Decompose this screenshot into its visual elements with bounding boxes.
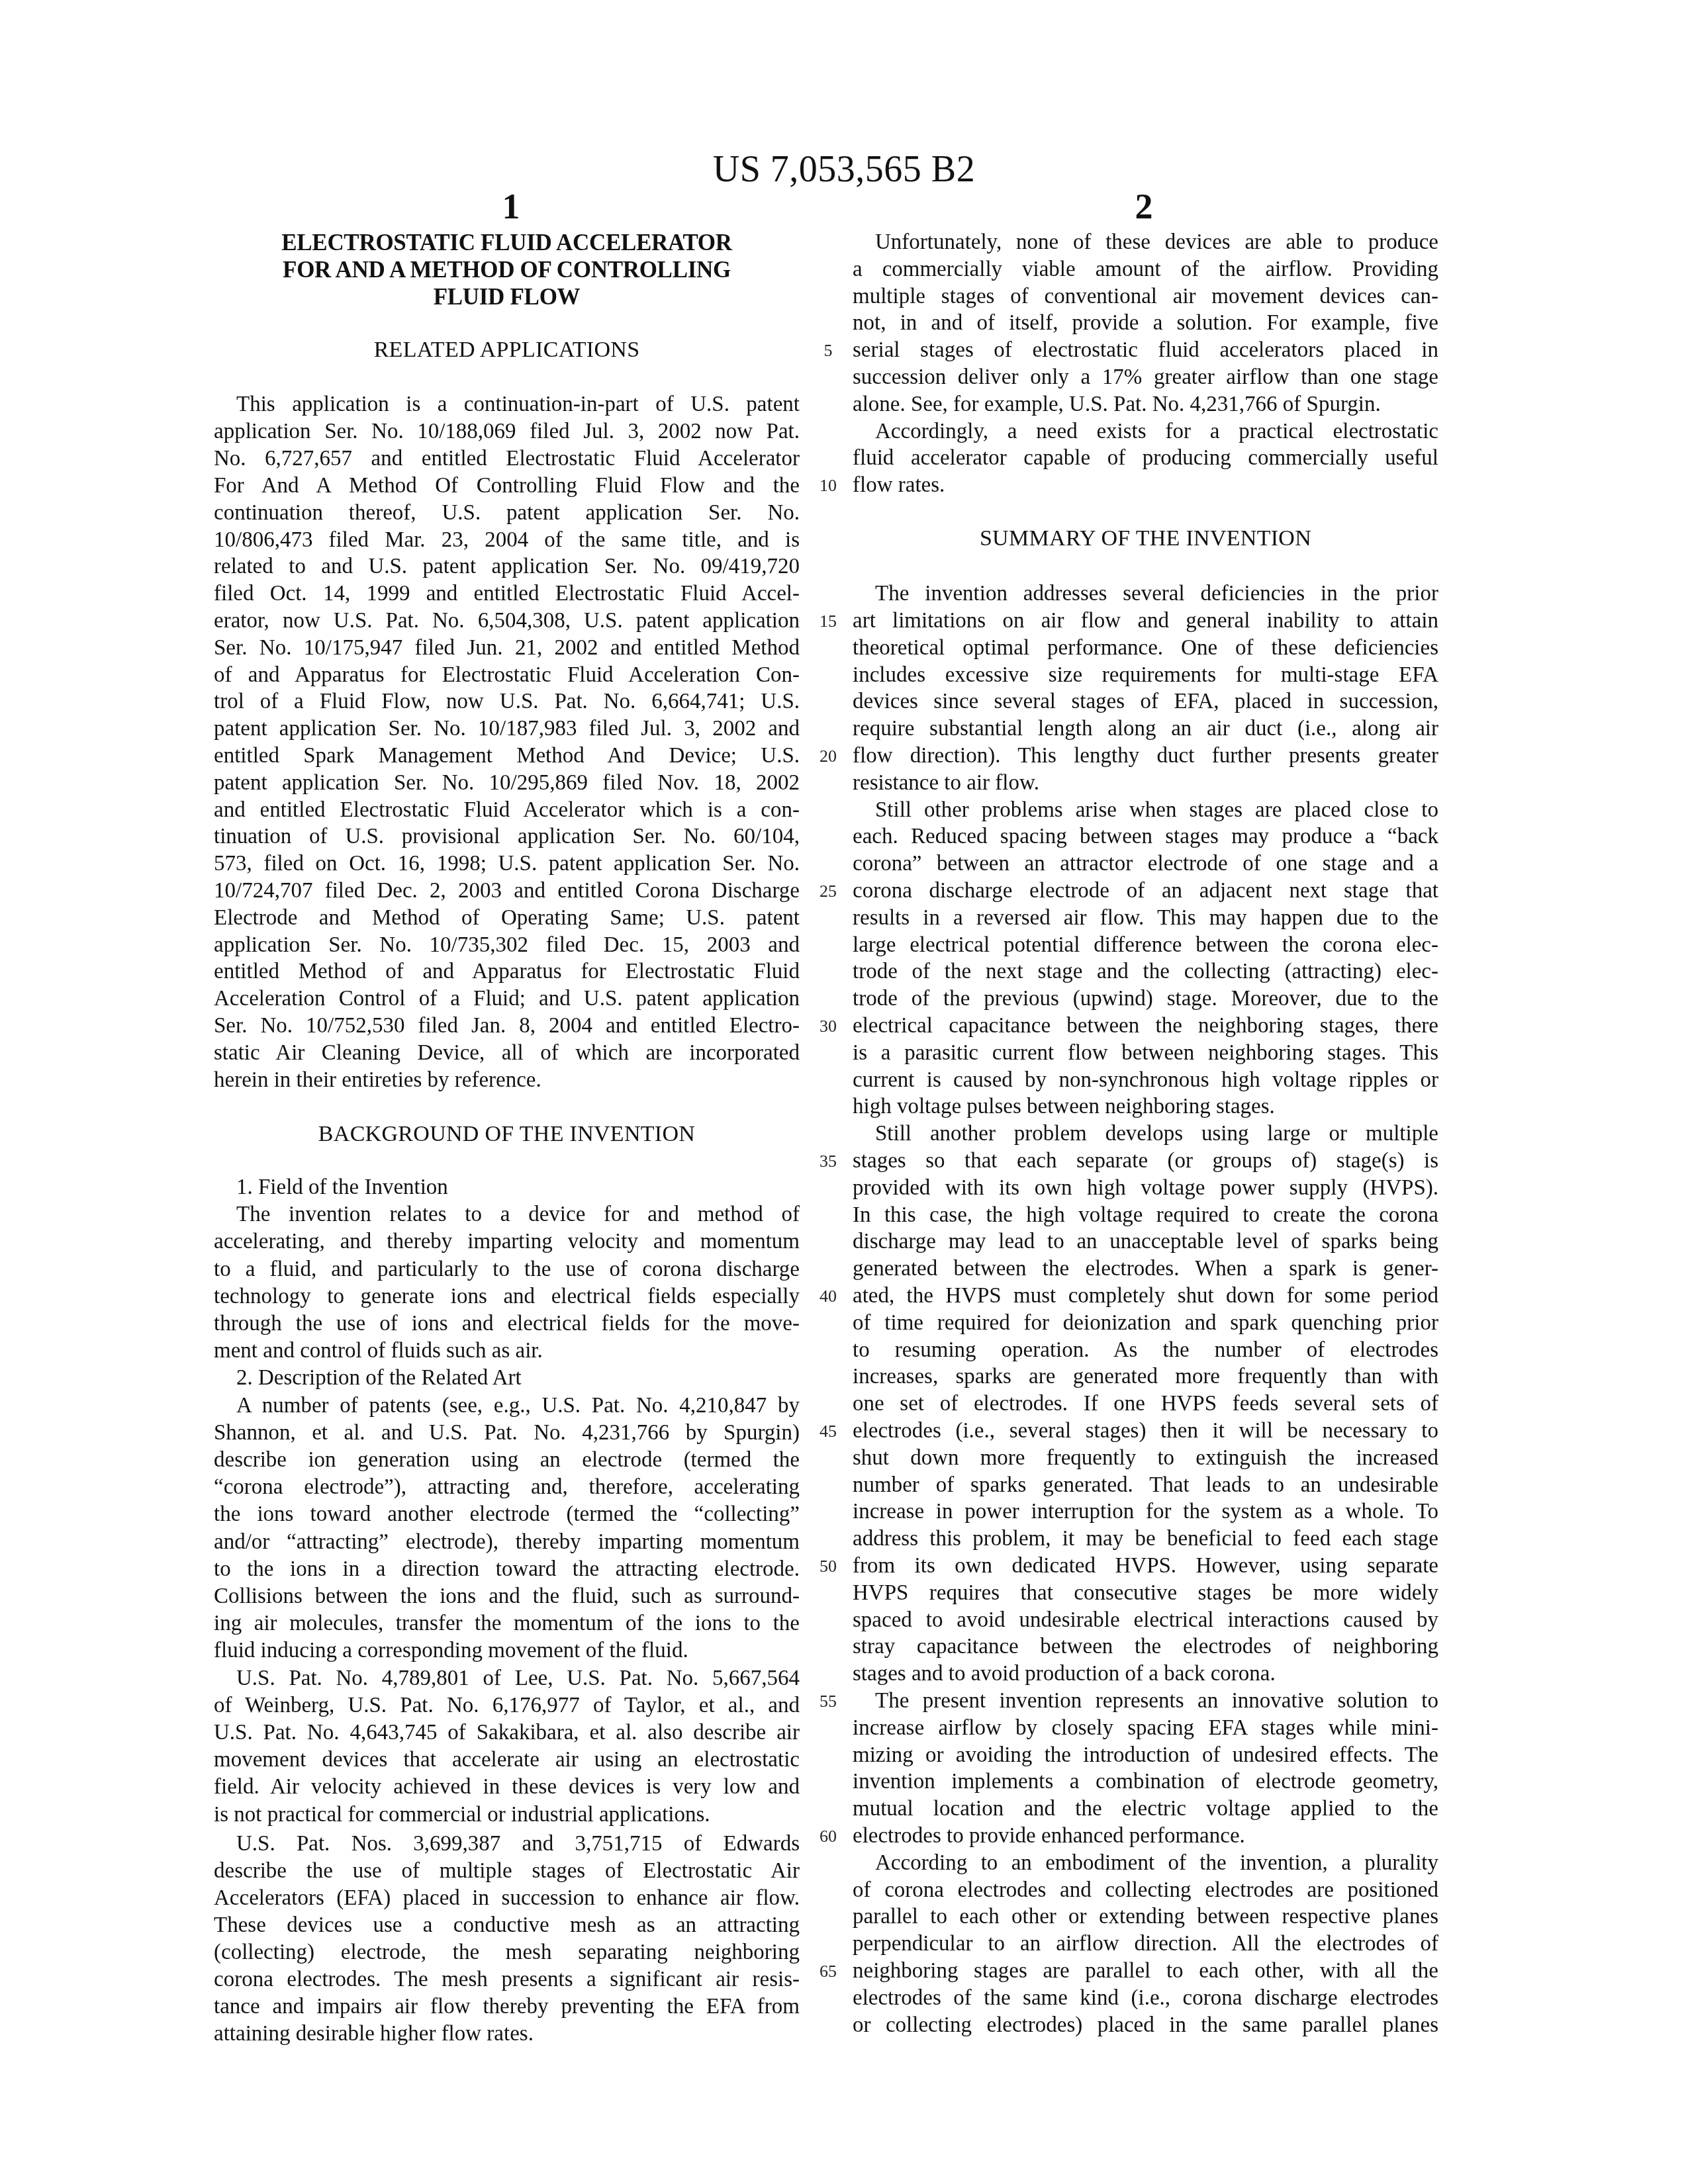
text-line: flow rates.	[853, 472, 1438, 499]
patent-page: US 7,053,565 B2 1 2 ELECTROSTATIC FLUID …	[0, 0, 1688, 2184]
text-line: fluid accelerator capable of producing c…	[853, 445, 1438, 472]
text-line: 573, filed on Oct. 16, 1998; U.S. patent…	[214, 850, 800, 878]
text-line: patent application Ser. No. 10/295,869 f…	[214, 770, 800, 797]
text-line: succession deliver only a 17% greater ai…	[853, 364, 1438, 391]
text-line: number of sparks generated. That leads t…	[853, 1472, 1438, 1499]
text-line: is not practical for commercial or indus…	[214, 1801, 800, 1829]
line-number: 20	[812, 743, 845, 770]
text-line: corona” between an attractor electrode o…	[853, 850, 1438, 878]
subheading-field: 1. Field of the Invention	[214, 1174, 800, 1201]
text-line: For And A Method Of Controlling Fluid Fl…	[214, 473, 800, 500]
text-line: results in a reversed air flow. This may…	[853, 905, 1438, 932]
text-line: or collecting electrodes) placed in the …	[853, 2012, 1438, 2039]
line-number: 60	[812, 1823, 845, 1850]
patent-number: US 7,053,565 B2	[0, 150, 1688, 189]
text-line: increase in power interruption for the s…	[853, 1498, 1438, 1525]
line-number: 15	[812, 608, 845, 635]
text-line: corona discharge electrode of an adjacen…	[853, 878, 1438, 905]
text-line: Collisions between the ions and the flui…	[214, 1583, 800, 1610]
text-line: art limitations on air flow and general …	[853, 608, 1438, 635]
text-line: Shannon, et al. and U.S. Pat. No. 4,231,…	[214, 1420, 800, 1447]
text-line: and/or “attracting” electrode), thereby …	[214, 1529, 800, 1556]
text-line: Accordingly, a need exists for a practic…	[853, 418, 1438, 445]
text-line: ated, the HVPS must completely shut down…	[853, 1283, 1438, 1310]
text-line: The present invention represents an inno…	[853, 1688, 1438, 1715]
text-line: U.S. Pat. No. 4,643,745 of Sakakibara, e…	[214, 1719, 800, 1747]
text-line: 10/724,707 filed Dec. 2, 2003 and entitl…	[214, 878, 800, 905]
line-number: 50	[812, 1553, 845, 1580]
text-line: related to and U.S. patent application S…	[214, 553, 800, 580]
text-line: increases, sparks are generated more fre…	[853, 1363, 1438, 1390]
heading-related-applications: RELATED APPLICATIONS	[214, 336, 800, 363]
text-line: stray capacitance between the electrodes…	[853, 1633, 1438, 1661]
text-line: spaced to avoid undesirable electrical i…	[853, 1607, 1438, 1634]
text-line: herein in their entireties by reference.	[214, 1067, 800, 1094]
text-line: mizing or avoiding the introduction of u…	[853, 1742, 1438, 1769]
text-line: Acceleration Control of a Fluid; and U.S…	[214, 985, 800, 1013]
text-line: each. Reduced spacing between stages may…	[853, 823, 1438, 850]
text-line: neighboring stages are parallel to each …	[853, 1958, 1438, 1985]
text-line: movement devices that accelerate air usi…	[214, 1747, 800, 1774]
text-line: increase airflow by closely spacing EFA …	[853, 1715, 1438, 1742]
text-line: through the use of ions and electrical f…	[214, 1310, 800, 1338]
text-line: resistance to air flow.	[853, 770, 1438, 797]
text-line: erator, now U.S. Pat. No. 6,504,308, U.S…	[214, 608, 800, 635]
text-line: Still other problems arise when stages a…	[853, 797, 1438, 824]
text-line: of and Apparatus for Electrostatic Fluid…	[214, 662, 800, 689]
text-line: electrical capacitance between the neigh…	[853, 1013, 1438, 1040]
text-line: of time required for deionization and sp…	[853, 1310, 1438, 1337]
text-line: tinuation of U.S. provisional applicatio…	[214, 823, 800, 850]
text-line: address this problem, it may be benefici…	[853, 1525, 1438, 1553]
text-line: alone. See, for example, U.S. Pat. No. 4…	[853, 391, 1438, 418]
text-line: field. Air velocity achieved in these de…	[214, 1774, 800, 1801]
text-line: U.S. Pat. No. 4,789,801 of Lee, U.S. Pat…	[214, 1665, 800, 1692]
title-line: FLUID FLOW	[214, 283, 800, 310]
text-line: corona electrodes. The mesh presents a s…	[214, 1966, 800, 1993]
line-number: 10	[812, 472, 845, 499]
column-number-left: 1	[471, 188, 551, 225]
text-line: to the ions in a direction toward the at…	[214, 1556, 800, 1583]
text-line: attaining desirable higher flow rates.	[214, 2021, 800, 2048]
line-number: 35	[812, 1148, 845, 1175]
text-line: Ser. No. 10/752,530 filed Jan. 8, 2004 a…	[214, 1013, 800, 1040]
text-line: Accelerators (EFA) placed in succession …	[214, 1885, 800, 1912]
text-line: According to an embodiment of the invent…	[853, 1850, 1438, 1877]
text-line: This application is a continuation-in-pa…	[214, 391, 800, 418]
text-line: static Air Cleaning Device, all of which…	[214, 1040, 800, 1067]
text-line: No. 6,727,657 and entitled Electrostatic…	[214, 445, 800, 473]
text-line: a commercially viable amount of the airf…	[853, 256, 1438, 283]
text-line: flow direction). This lengthy duct furth…	[853, 743, 1438, 770]
text-line: mutual location and the electric voltage…	[853, 1796, 1438, 1823]
text-line: fluid inducing a corresponding movement …	[214, 1637, 800, 1664]
text-line: not, in and of itself, provide a solutio…	[853, 310, 1438, 337]
text-line: These devices use a conductive mesh as a…	[214, 1912, 800, 1939]
text-line: HVPS requires that consecutive stages be…	[853, 1580, 1438, 1607]
text-line: perpendicular to an airflow direction. A…	[853, 1931, 1438, 1958]
text-line: 10/806,473 filed Mar. 23, 2004 of the sa…	[214, 527, 800, 554]
line-number: 25	[812, 878, 845, 905]
text-line: The invention relates to a device for an…	[214, 1201, 800, 1228]
text-line: includes excessive size requirements for…	[853, 662, 1438, 689]
text-line: application Ser. No. 10/735,302 filed De…	[214, 932, 800, 959]
text-line: trode of the next stage and the collecti…	[853, 958, 1438, 985]
line-number: 45	[812, 1418, 845, 1445]
line-number: 40	[812, 1283, 845, 1310]
text-line: generated between the electrodes. When a…	[853, 1255, 1438, 1283]
text-line: require substantial length along an air …	[853, 715, 1438, 743]
text-line: electrodes of the same kind (i.e., coron…	[853, 1985, 1438, 2012]
text-line: theoretical optimal performance. One of …	[853, 635, 1438, 662]
line-number: 65	[812, 1958, 845, 1985]
text-line: filed Oct. 14, 1999 and entitled Electro…	[214, 580, 800, 608]
text-line: (collecting) electrode, the mesh separat…	[214, 1939, 800, 1966]
subheading-related-art: 2. Description of the Related Art	[214, 1365, 800, 1392]
column-number-right: 2	[1104, 188, 1184, 225]
text-line: to a fluid, and particularly to the use …	[214, 1256, 800, 1283]
line-number: 5	[812, 337, 845, 364]
text-line: describe ion generation using an electro…	[214, 1447, 800, 1474]
text-line: ment and control of fluids such as air.	[214, 1338, 800, 1365]
title-line: ELECTROSTATIC FLUID ACCELERATOR	[214, 229, 800, 256]
text-line: serial stages of electrostatic fluid acc…	[853, 337, 1438, 364]
text-line: technology to generate ions and electric…	[214, 1283, 800, 1310]
text-line: to resuming operation. As the number of …	[853, 1337, 1438, 1364]
text-line: shut down more frequently to extinguish …	[853, 1445, 1438, 1472]
text-line: of Weinberg, U.S. Pat. No. 6,176,977 of …	[214, 1692, 800, 1719]
heading-background: BACKGROUND OF THE INVENTION	[214, 1120, 800, 1148]
line-number: 55	[812, 1688, 845, 1715]
text-line: entitled Method of and Apparatus for Ele…	[214, 958, 800, 985]
text-line: application Ser. No. 10/188,069 filed Ju…	[214, 418, 800, 445]
text-line: In this case, the high voltage required …	[853, 1202, 1438, 1229]
text-line: discharge may lead to an unacceptable le…	[853, 1228, 1438, 1255]
line-number: 30	[812, 1013, 845, 1040]
text-line: invention implements a combination of el…	[853, 1768, 1438, 1796]
text-line: trode of the previous (upwind) stage. Mo…	[853, 985, 1438, 1013]
text-line: “corona electrode”), attracting and, the…	[214, 1474, 800, 1501]
text-line: high voltage pulses between neighboring …	[853, 1093, 1438, 1120]
text-line: the ions toward another electrode (terme…	[214, 1501, 800, 1528]
text-line: one set of electrodes. If one HVPS feeds…	[853, 1390, 1438, 1418]
text-line: describe the use of multiple stages of E…	[214, 1858, 800, 1885]
text-line: A number of patents (see, e.g., U.S. Pat…	[214, 1392, 800, 1420]
text-line: electrodes (i.e., several stages) then i…	[853, 1418, 1438, 1445]
text-line: continuation thereof, U.S. patent applic…	[214, 500, 800, 527]
text-line: of corona electrodes and collecting elec…	[853, 1877, 1438, 1904]
text-line: stages so that each separate (or groups …	[853, 1148, 1438, 1175]
text-line: entitled Spark Management Method And Dev…	[214, 743, 800, 770]
text-line: multiple stages of conventional air move…	[853, 283, 1438, 310]
text-line: is a parasitic current flow between neig…	[853, 1040, 1438, 1067]
text-line: tance and impairs air flow thereby preve…	[214, 1993, 800, 2021]
title-line: FOR AND A METHOD OF CONTROLLING	[214, 256, 800, 283]
text-line: trol of a Fluid Flow, now U.S. Pat. No. …	[214, 688, 800, 715]
text-line: The invention addresses several deficien…	[853, 580, 1438, 608]
text-line: Unfortunately, none of these devices are…	[853, 229, 1438, 256]
text-line: and entitled Electrostatic Fluid Acceler…	[214, 797, 800, 824]
text-line: patent application Ser. No. 10/187,983 f…	[214, 715, 800, 743]
text-line: provided with its own high voltage power…	[853, 1175, 1438, 1202]
text-line: electrodes to provide enhanced performan…	[853, 1823, 1438, 1850]
text-line: Ser. No. 10/175,947 filed Jun. 21, 2002 …	[214, 635, 800, 662]
text-line: Still another problem develops using lar…	[853, 1120, 1438, 1148]
text-line: from its own dedicated HVPS. However, us…	[853, 1553, 1438, 1580]
text-line: large electrical potential difference be…	[853, 932, 1438, 959]
heading-summary: SUMMARY OF THE INVENTION	[853, 525, 1438, 552]
text-line: parallel to each other or extending betw…	[853, 1903, 1438, 1931]
text-line: devices since several stages of EFA, pla…	[853, 688, 1438, 715]
text-line: U.S. Pat. Nos. 3,699,387 and 3,751,715 o…	[214, 1831, 800, 1858]
text-line: Electrode and Method of Operating Same; …	[214, 905, 800, 932]
text-line: current is caused by non-synchronous hig…	[853, 1067, 1438, 1094]
text-line: ing air molecules, transfer the momentum…	[214, 1610, 800, 1637]
text-line: accelerating, and thereby imparting velo…	[214, 1228, 800, 1255]
text-line: stages and to avoid production of a back…	[853, 1661, 1438, 1688]
